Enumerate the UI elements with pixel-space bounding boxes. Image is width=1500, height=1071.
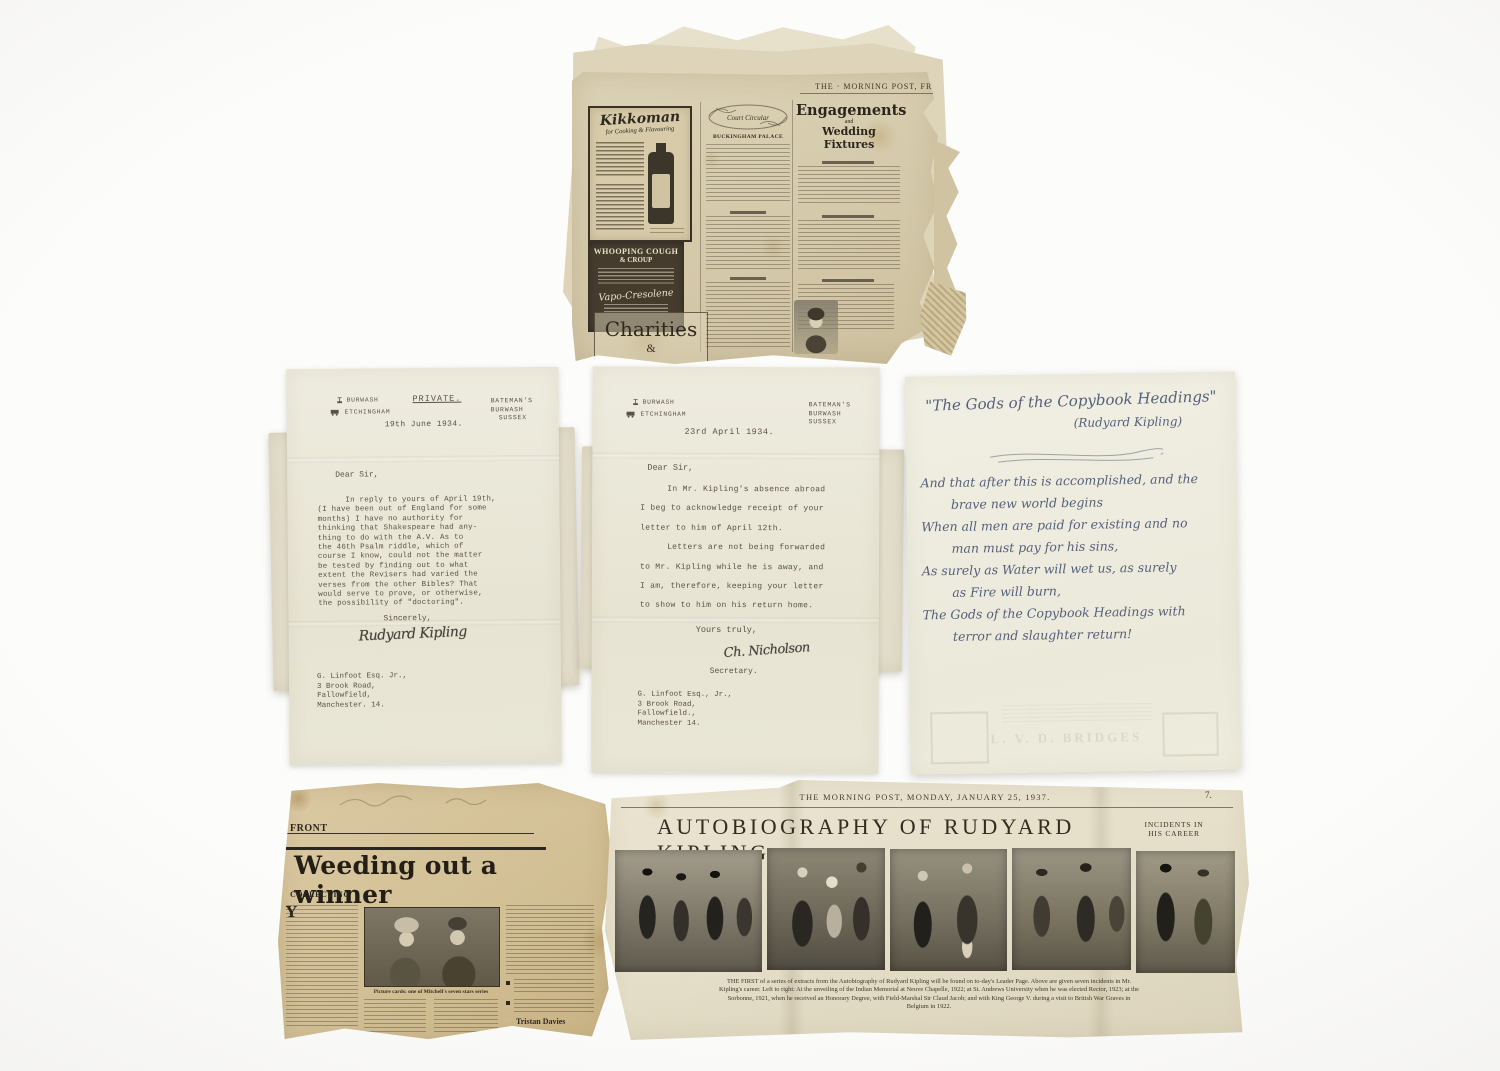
newspaper-masthead: THE · MORNING POST, FRI xyxy=(800,82,936,94)
article-text-lines xyxy=(706,282,790,348)
ghost-box xyxy=(930,711,989,764)
column-rule xyxy=(792,100,793,352)
photo-panel-kipling-child xyxy=(767,848,886,970)
body-line: Letters are not being forwarded xyxy=(640,543,860,563)
recipient-line: Manchester. 14. xyxy=(317,701,407,711)
station-label: ETCHINGHAM xyxy=(641,411,687,418)
letter-body: In reply to yours of April 19th, (I have… xyxy=(317,495,533,610)
letter-date: 19th June 1934. xyxy=(385,420,463,430)
train-icon xyxy=(331,409,341,415)
secretary-signature: Ch. Nicholson xyxy=(723,640,810,661)
letter-body: In Mr. Kipling's absence abroad I beg to… xyxy=(640,485,860,622)
phone-icon xyxy=(633,399,639,406)
charities-ampersand: & xyxy=(595,341,707,356)
pencil-note-squiggle xyxy=(336,793,506,811)
salutation: Dear Sir, xyxy=(647,463,693,473)
section-label: FRONT xyxy=(290,823,328,834)
clipping-paper: FRONT Weeding out a winner COLLECTING Y … xyxy=(278,783,612,1047)
article-subhead xyxy=(730,211,766,214)
subhead-line: HIS CAREER xyxy=(1129,829,1219,838)
ghost-box xyxy=(1162,712,1219,757)
letterhead-line: BATEMAN'S xyxy=(491,397,533,406)
train-icon xyxy=(627,411,637,417)
byline: Tristan Davies xyxy=(516,1017,565,1026)
subhead-line: INCIDENTS IN xyxy=(1129,820,1219,829)
station-label: ETCHINGHAM xyxy=(345,408,391,415)
column-text-lines xyxy=(506,905,594,975)
bullet-marker xyxy=(506,1001,510,1005)
charities-heading: Charities xyxy=(595,317,707,341)
telephone-label: BURWASH xyxy=(347,396,379,403)
folded-newspaper: THE · MORNING POST, FRI Kikkoman for Coo… xyxy=(558,22,968,367)
recipient-line: Manchester 14. xyxy=(637,719,732,729)
recipient-address: G. Linfoot Esq., Jr., 3 Brook Road, Fall… xyxy=(637,691,732,730)
advert-text-lines xyxy=(598,268,674,286)
station-line: ETCHINGHAM xyxy=(331,408,391,416)
article-text-lines xyxy=(706,216,790,270)
engagements-heading: Engagements and Wedding Fixtures xyxy=(796,102,902,151)
poem-stanza: And that after this is accomplished, and… xyxy=(920,468,1228,649)
photo-panel-sorbonne xyxy=(1012,848,1131,970)
film-stars-photo xyxy=(364,907,500,987)
article-text-lines xyxy=(706,144,790,204)
engagements-line: Engagements xyxy=(796,102,902,119)
recipient-line: Fallowfield., xyxy=(637,710,732,720)
photo-panel-king-george xyxy=(1136,851,1235,973)
clipping-headline: Weeding out a winner xyxy=(294,851,584,909)
letter-sheet: BURWASH ETCHINGHAM PRIVATE. BATEMAN'S BU… xyxy=(286,367,561,765)
secretary-letter-1934-april: BURWASH ETCHINGHAM BATEMAN'S BURWASH SUS… xyxy=(575,358,907,780)
letter-date: 23rd April 1934. xyxy=(684,427,774,437)
private-marking: PRIVATE. xyxy=(412,394,461,404)
letterhead-line: BATEMAN'S xyxy=(809,401,851,410)
recipient-address: G. Linfoot Esq. Jr., 3 Brook Road, Fallo… xyxy=(317,672,407,711)
engagement-names xyxy=(822,161,874,164)
phone-icon xyxy=(337,397,343,404)
body-line: I beg to acknowledge receipt of your xyxy=(640,504,860,524)
recipient-line: G. Linfoot Esq., Jr., xyxy=(638,691,733,701)
rule xyxy=(621,807,1233,808)
column-text-lines xyxy=(514,999,594,1013)
signatory-title: Secretary. xyxy=(710,667,758,676)
flourish-line xyxy=(988,445,1163,468)
advert-line: & CROUP xyxy=(588,256,684,264)
poem-attribution: (Rudyard Kipling) xyxy=(1074,414,1183,430)
body-line: I am, therefore, keeping your letter xyxy=(640,582,860,602)
kikkoman-advert: Kikkoman for Cooking & Flavouring xyxy=(588,106,692,242)
station-line: ETCHINGHAM xyxy=(627,411,687,418)
letterhead-address: BATEMAN'S BURWASH SUSSEX xyxy=(809,401,851,427)
letterhead-line: BURWASH xyxy=(491,406,533,415)
telephone-line: BURWASH xyxy=(633,399,675,406)
fold-crease xyxy=(287,455,559,463)
fold-crease xyxy=(592,452,879,459)
palace-heading: BUCKINGHAM PALACE xyxy=(706,134,790,140)
column-text-lines xyxy=(286,905,358,1027)
engagement-names xyxy=(822,215,874,218)
bullet-marker xyxy=(506,981,510,985)
ghost-lines xyxy=(1002,703,1152,725)
photo-caption: Picture cards: one of Mitchell's seven s… xyxy=(360,989,502,995)
recipient-line: G. Linfoot Esq. Jr., xyxy=(317,672,407,682)
article-subhead xyxy=(730,277,766,280)
rudyard-kipling-signature: Rudyard Kipling xyxy=(358,624,467,645)
article-text-lines xyxy=(798,220,900,270)
spread-subhead: INCIDENTS IN HIS CAREER xyxy=(1129,820,1219,838)
letterhead-address: BATEMAN'S BURWASH SUSSEX xyxy=(491,397,534,423)
article-text-lines xyxy=(798,166,900,206)
photo-strip xyxy=(615,848,1235,970)
kipling-letter-1934-june: BURWASH ETCHINGHAM PRIVATE. BATEMAN'S BU… xyxy=(265,360,587,772)
column-text-lines xyxy=(434,999,498,1033)
photo-panel-neuve-chapelle xyxy=(615,850,762,972)
column-text-lines xyxy=(514,979,594,995)
svg-text:Court Circular: Court Circular xyxy=(727,114,769,122)
rule xyxy=(284,847,546,850)
column-text-lines xyxy=(364,999,426,1033)
advert-text-lines xyxy=(650,228,684,236)
bottle-illustration xyxy=(648,152,674,224)
letterhead-line: BURWASH xyxy=(809,410,851,419)
closing: Sincerely, xyxy=(383,614,431,623)
copybook-headings-manuscript: "The Gods of the Copybook Headings" (Rud… xyxy=(900,368,1248,780)
body-line: In Mr. Kipling's absence abroad xyxy=(640,485,860,505)
body-line: to show to him on his return home. xyxy=(640,601,860,621)
letterhead-line: SUSSEX xyxy=(491,414,533,423)
body-line: to Mr. Kipling while he is away, and xyxy=(640,562,860,582)
portrait-photo xyxy=(794,300,838,354)
ghost-print-bleedthrough: L. V. D. BRIDGES xyxy=(930,694,1220,699)
spread-masthead: THE MORNING POST, MONDAY, JANUARY 25, 19… xyxy=(725,792,1125,802)
poem-title: "The Gods of the Copybook Headings" xyxy=(925,387,1217,415)
autobiography-newspaper-spread: THE MORNING POST, MONDAY, JANUARY 25, 19… xyxy=(605,780,1249,1040)
page-number: 7. xyxy=(1205,790,1212,800)
body-line: the possibility of "doctoring". xyxy=(318,599,533,610)
engagement-names xyxy=(822,279,874,282)
telephone-label: BURWASH xyxy=(643,399,675,406)
auction-photo-canvas: { "top_newspaper": { "masthead": "THE · … xyxy=(0,0,1500,1071)
court-circular-ornament: Court Circular xyxy=(706,102,790,132)
clipping-kicker: COLLECTING xyxy=(290,890,350,899)
letterhead-line: SUSSEX xyxy=(809,418,851,427)
advert-text-lines xyxy=(596,142,644,176)
photo-panel-st-andrews xyxy=(890,849,1007,971)
closing: Yours truly, xyxy=(696,625,757,635)
letter-sheet: BURWASH ETCHINGHAM BATEMAN'S BURWASH SUS… xyxy=(591,367,879,774)
drop-cap: Y xyxy=(286,905,297,919)
weeding-out-a-winner-clipping: FRONT Weeding out a winner COLLECTING Y … xyxy=(278,783,612,1047)
body-line: letter to him of April 12th. xyxy=(640,523,860,543)
advert-line: WHOOPING COUGH xyxy=(588,247,684,256)
newspaper-front-page: THE · MORNING POST, FRI Kikkoman for Coo… xyxy=(572,72,938,364)
photo-strip-caption: THE FIRST of a series of extracts from t… xyxy=(717,978,1141,1012)
recipient-line: 3 Brook Road, xyxy=(638,700,733,710)
salutation: Dear Sir, xyxy=(335,470,378,479)
advert-brand: Vapo-Cresolene xyxy=(588,287,684,305)
poem-line: terror and slaughter return! xyxy=(923,622,1228,649)
advert-text-lines xyxy=(596,184,644,232)
text-column: Y xyxy=(286,905,358,1031)
spread-paper: THE MORNING POST, MONDAY, JANUARY 25, 19… xyxy=(605,780,1249,1040)
engagements-line: Wedding Fixtures xyxy=(796,125,902,151)
telephone-line: BURWASH xyxy=(337,396,379,403)
manuscript-sheet: "The Gods of the Copybook Headings" (Rud… xyxy=(905,371,1241,774)
ghost-caps-text: L. V. D. BRIDGES xyxy=(990,729,1142,747)
